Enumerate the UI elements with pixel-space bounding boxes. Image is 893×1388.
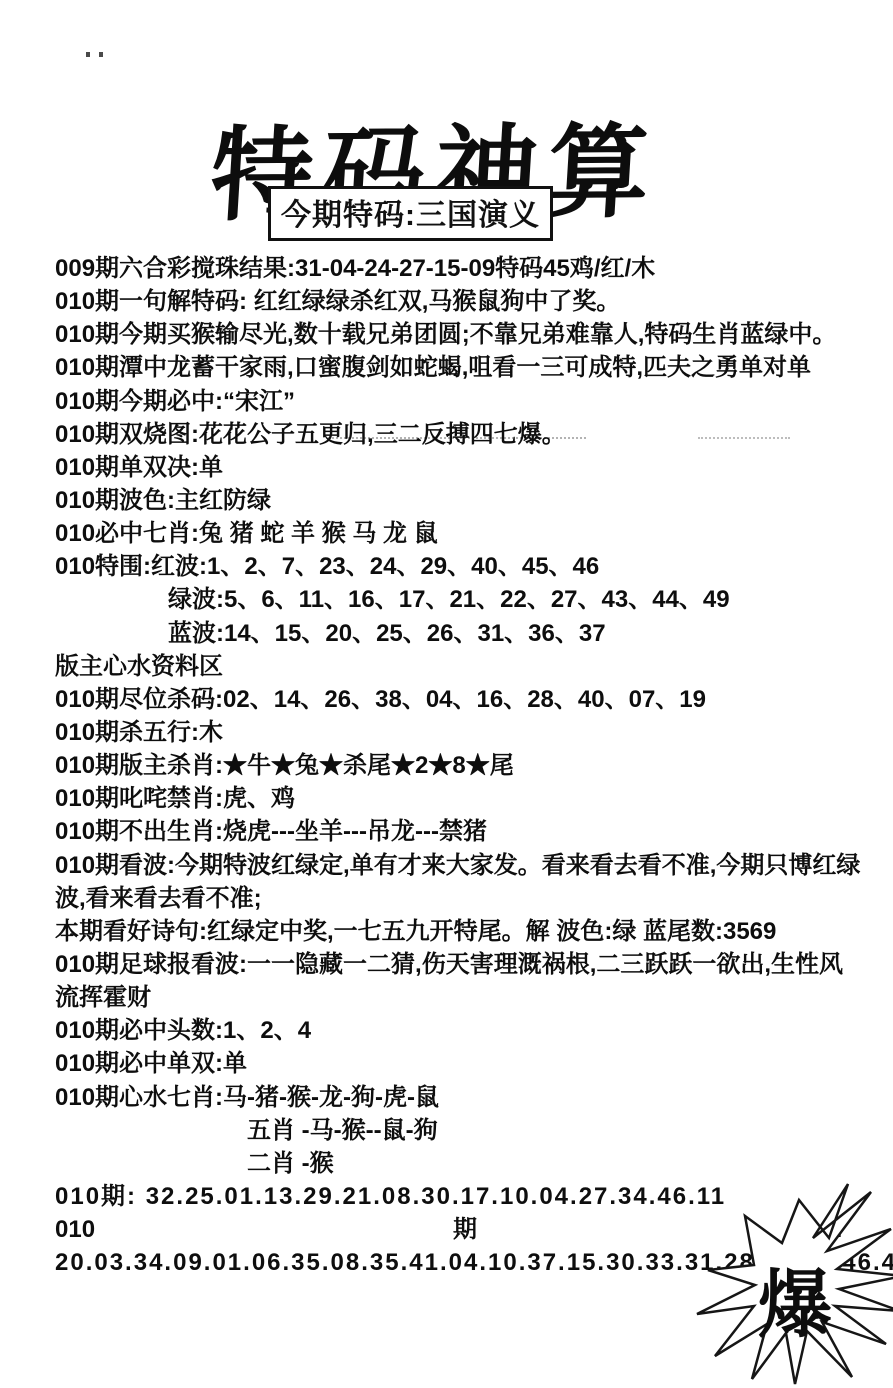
doc-line: 010期不出生肖:烧虎---坐羊---吊龙---禁猪	[55, 815, 855, 848]
spread-left: 010	[55, 1213, 95, 1246]
doc-line: 010期足球报看波:一一隐藏一二猜,伤天害理溉祸根,二三跃跃一欲出,生性风	[55, 948, 855, 981]
burst-label: 爆	[758, 1263, 832, 1346]
doc-line-section-header: 版主心水资料区	[55, 650, 855, 683]
doc-line: 010期今期必中:“宋江”	[55, 385, 855, 418]
doc-line-red-wave: 010特围:红波:1、2、7、23、24、29、40、45、46	[55, 550, 855, 583]
doc-line-five-zodiac: 五肖 -马-猴--鼠-狗	[55, 1114, 855, 1147]
burst-star-icon: 爆	[688, 1180, 893, 1386]
doc-line: 010期波色:主红防绿	[55, 484, 855, 517]
doc-line: 010期单双决:单	[55, 451, 855, 484]
doc-line: 010期今期买猴输尽光,数十载兄弟团圆;不靠兄弟难靠人,特码生肖蓝绿中。	[55, 318, 855, 351]
doc-line: 010必中七肖:兔 猪 蛇 羊 猴 马 龙 鼠	[55, 517, 855, 550]
doc-line-blue-wave: 蓝波:14、15、20、25、26、31、36、37	[55, 617, 855, 650]
tip-sheet-page: 特码神算 今期特码:三国演义 009期六合彩搅珠结果:31-04-24-27-1…	[0, 0, 893, 1388]
scan-artifact-dots	[86, 52, 108, 58]
doc-line: 010期心水七肖:马-猪-猴-龙-狗-虎-鼠	[55, 1081, 855, 1114]
predictions-text-block: 009期六合彩搅珠结果:31-04-24-27-15-09特码45鸡/红/木 0…	[55, 252, 855, 1279]
doc-line-two-zodiac: 二肖 -猴	[55, 1147, 855, 1180]
doc-line: 010期潭中龙蓄干家雨,口蜜腹剑如蛇蝎,咀看一三可成特,匹夫之勇单对单	[55, 351, 855, 384]
doc-line-draw-result: 009期六合彩搅珠结果:31-04-24-27-15-09特码45鸡/红/木	[55, 252, 855, 285]
doc-line: 010期尽位杀码:02、14、26、38、04、16、28、40、07、19	[55, 683, 855, 716]
doc-line: 010期必中单双:单	[55, 1047, 855, 1080]
doc-line: 010期杀五行:木	[55, 716, 855, 749]
doc-line-green-wave: 绿波:5、6、11、16、17、21、22、27、43、44、49	[55, 583, 855, 616]
doc-line: 波,看来看去看不准;	[55, 882, 855, 915]
doc-line: 流挥霍财	[55, 981, 855, 1014]
doc-line: 010期必中头数:1、2、4	[55, 1014, 855, 1047]
doc-line: 010期版主杀肖:★牛★兔★杀尾★2★8★尾	[55, 749, 855, 782]
doc-line: 本期看好诗句:红绿定中奖,一七五九开特尾。解 波色:绿 蓝尾数:3569	[55, 915, 855, 948]
doc-line: 010期叱咤禁肖:虎、鸡	[55, 782, 855, 815]
doc-line: 010期一句解特码: 红红绿绿杀红双,马猴鼠狗中了奖。	[55, 285, 855, 318]
special-code-box: 今期特码:三国演义	[268, 186, 553, 241]
doc-line: 010期双烧图:花花公子五更归,三二反搏四七爆。	[55, 418, 855, 451]
spread-center: 期	[453, 1213, 477, 1246]
doc-line: 010期看波:今期特波红绿定,单有才来大家发。看来看去看不准,今期只博红绿	[55, 849, 855, 882]
